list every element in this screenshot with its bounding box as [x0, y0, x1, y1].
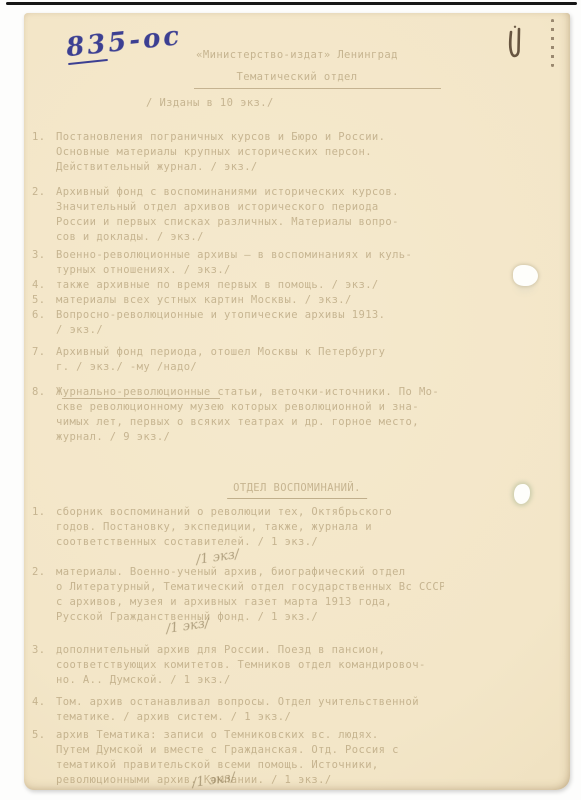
ghost-line: тематике. / архив систем. / 1 экз./	[56, 710, 444, 725]
ghost-item: 2. Архивный фонд с воспоминаниями истори…	[32, 185, 444, 245]
ghost-line: г. / экз./ -му /надо/	[56, 360, 444, 375]
handwritten-inventory-number: 835-ос	[65, 21, 184, 63]
scanned-page: 835-ос «Министерство-издат» Ленинград Те…	[0, 0, 581, 800]
ghost-line: сов и доклады. / экз./	[56, 230, 444, 245]
ghost-item: 1. Постановления пограничных курсов и Бю…	[32, 130, 444, 175]
ghost-line: о Литературный, Тематический отдел госуд…	[56, 580, 444, 595]
item-number: 2.	[32, 185, 56, 245]
ghost-line: Архивный фонд периода, отошел Москвы к П…	[56, 345, 444, 360]
ghost-line: журнал. / 9 экз./	[56, 430, 444, 445]
ghost-line: сборник воспоминаний о революции тех, Ок…	[56, 505, 444, 520]
ghost-line: также архивные по время первых в помощь.…	[56, 278, 444, 293]
ghost-line: скве революционному музею которых револю…	[56, 400, 444, 415]
ghost-line: но. А.. Думской. / 1 экз./	[56, 673, 444, 688]
item-number: 3.	[32, 643, 56, 688]
ghost-item: 1. сборник воспоминаний о революции тех,…	[32, 505, 444, 550]
ghost-item: 8. Журнально-революционные статьи, веточ…	[32, 385, 444, 445]
ghost-line: годов. Постановку, экспедиции, также, жу…	[56, 520, 444, 535]
ghost-line: Том. архив останавливал вопросы. Отдел у…	[56, 695, 444, 710]
item-number: 4.	[32, 278, 56, 293]
ghost-line: Путем Думской и вместе с Гражданская. От…	[56, 743, 444, 758]
ghost-item: 5. материалы всех устных картин Москвы. …	[32, 293, 444, 308]
item-number: 4.	[32, 695, 56, 725]
ghost-line: архив Тематика: записи о Темниковских вс…	[56, 728, 444, 743]
ghost-line: / экз./	[56, 323, 444, 338]
item-number: 5.	[32, 293, 56, 308]
ghost-line: Основные материалы крупных исторических …	[56, 145, 444, 160]
handwritten-corner-mark-icon	[506, 25, 526, 68]
ghost-line: Действительный журнал. / экз./	[56, 160, 444, 175]
ghost-item: 6. Вопросно-революционные и утопические …	[32, 308, 444, 338]
ghost-line: чимых лет, первых о всяких театрах и др.…	[56, 415, 444, 430]
ghost-line: дополнительный архив для России. Поезд в…	[56, 643, 444, 658]
ghost-header-line: «Министерство-издат» Ленинград	[196, 48, 398, 63]
ghost-line: турных отношениях. / экз./	[56, 263, 444, 278]
item-number: 6.	[32, 308, 56, 338]
ghost-item: 7. Архивный фонд периода, отошел Москвы …	[32, 345, 444, 375]
ghost-header-line: Тематический отдел	[237, 70, 358, 85]
ghost-line: революционными архив. Компании. / 1 экз.…	[56, 773, 444, 788]
scan-edge-line	[6, 2, 577, 5]
ghost-item: 5. архив Тематика: записи о Темниковских…	[32, 728, 444, 788]
partial-underline	[62, 398, 220, 399]
ghost-item: 3. дополнительный архив для России. Поез…	[32, 643, 444, 688]
header-underline	[194, 88, 441, 89]
ghost-line: России и первых списках различных. Матер…	[56, 215, 444, 230]
item-number: 1.	[32, 505, 56, 550]
ghost-line: материалы. Военно-ученый архив, биографи…	[56, 565, 444, 580]
ghost-item: 2. материалы. Военно-ученый архив, биогр…	[32, 565, 444, 625]
ghost-item: 4. Том. архив останавливал вопросы. Отде…	[32, 695, 444, 725]
ghost-line: Постановления пограничных курсов и Бюро …	[56, 130, 444, 145]
ghost-line: материалы всех устных картин Москвы. / э…	[56, 293, 444, 308]
item-number: 1.	[32, 130, 56, 175]
ghost-line: Военно-революционные архивы — в воспомин…	[56, 248, 444, 263]
item-number: 8.	[32, 385, 56, 445]
ghost-section-heading: ОТДЕЛ ВОСПОМИНАНИЙ.	[227, 481, 367, 499]
ink-dots-streak	[551, 19, 554, 67]
item-number: 2.	[32, 565, 56, 625]
ghost-line: соответствующих комитетов. Темников отде…	[56, 658, 444, 673]
item-number: 3.	[32, 248, 56, 278]
ghost-header-caption: / Изданы в 10 экз./	[146, 96, 274, 111]
ghost-line: Значительный отдел архивов исторического…	[56, 200, 444, 215]
ghost-line: соответственных составителей. / 1 экз./	[56, 535, 444, 550]
damage-spot	[514, 484, 530, 504]
ghost-item: 3. Военно-революционные архивы — в воспо…	[32, 248, 444, 278]
paper-sheet: 835-ос «Министерство-издат» Ленинград Те…	[24, 13, 570, 790]
ghost-line: с архивов, музея и архивных газет марта …	[56, 595, 444, 610]
ghost-line: Архивный фонд с воспоминаниями историчес…	[56, 185, 444, 200]
ghost-item: 4. также архивные по время первых в помо…	[32, 278, 444, 293]
item-number: 7.	[32, 345, 56, 375]
damage-spot	[513, 265, 538, 286]
item-number: 5.	[32, 728, 56, 788]
ghost-line: Русской Гражданственный фонд. / 1 экз./	[56, 610, 444, 625]
ghost-line: тематикой правительской всеми помощь. Ис…	[56, 758, 444, 773]
ghost-line: Вопросно-революционные и утопические арх…	[56, 308, 444, 323]
